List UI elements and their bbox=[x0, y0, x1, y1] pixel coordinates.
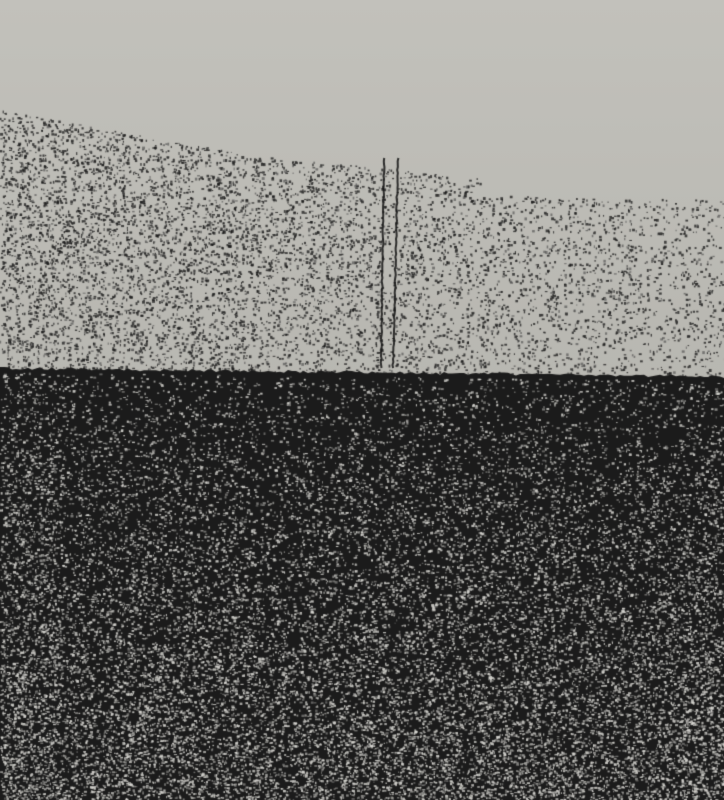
stipple-texture bbox=[0, 0, 724, 800]
artwork-photo: Monochrome stippled print: pale gray sky… bbox=[0, 0, 724, 800]
